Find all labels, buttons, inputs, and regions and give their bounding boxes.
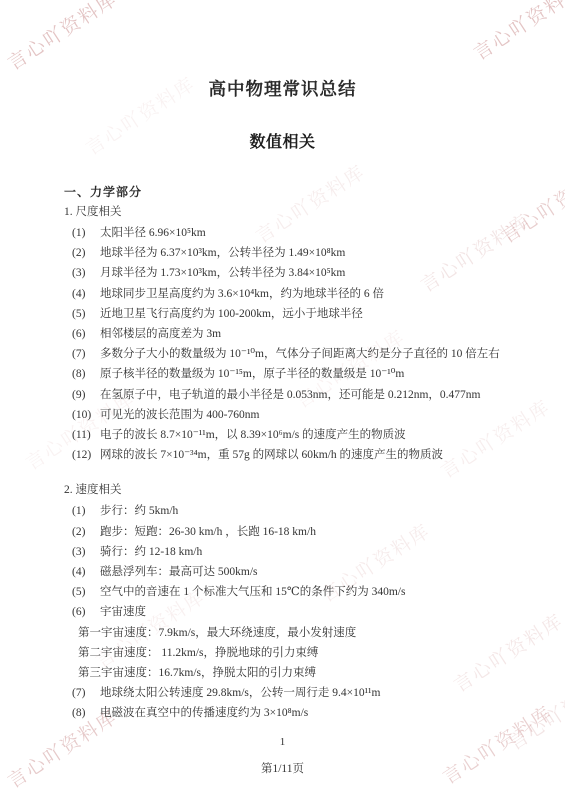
subsection-heading: 2. 速度相关 [64, 483, 507, 497]
item-list: (1)太阳半径 6.96×10⁵km(2)地球半径为 6.37×10³km，公转… [64, 223, 507, 465]
item-number: (8) [64, 703, 100, 723]
page-footer-label: 第1/11页 [0, 762, 565, 776]
item-number: (7) [64, 683, 100, 703]
item-list: (1)步行：约 5km/h(2)跑步：短跑：26-30 km/h ，长跑 16-… [64, 501, 507, 723]
item-text: 步行：约 5km/h [100, 501, 507, 521]
list-item: (12)网球的波长 7×10⁻³⁴m，重 57g 的网球以 60km/h 的速度… [64, 445, 507, 465]
item-number: (4) [64, 284, 100, 304]
item-number: (6) [64, 602, 100, 622]
list-item: (7)多数分子大小的数量级为 10⁻¹⁰m，气体分子间距离大约是分子直径的 10… [64, 344, 507, 364]
item-number: (2) [64, 522, 100, 542]
list-item: (8)原子核半径的数量级为 10⁻¹⁵m，原子半径的数量级是 10⁻¹⁰m [64, 364, 507, 384]
list-item: (5)近地卫星飞行高度约为 100-200km，远小于地球半径 [64, 304, 507, 324]
document-subtitle: 数值相关 [0, 134, 565, 152]
item-number: (4) [64, 562, 100, 582]
list-item: (9)在氢原子中，电子轨道的最小半径是 0.053nm，还可能是 0.212nm… [64, 385, 507, 405]
subsection: 2. 速度相关(1)步行：约 5km/h(2)跑步：短跑：26-30 km/h … [64, 465, 507, 723]
item-number: (1) [64, 223, 100, 243]
item-number: (6) [64, 324, 100, 344]
item-number: (5) [64, 304, 100, 324]
list-item: (2)地球半径为 6.37×10³km，公转半径为 1.49×10⁸km [64, 243, 507, 263]
item-text: 多数分子大小的数量级为 10⁻¹⁰m，气体分子间距离大约是分子直径的 10 倍左… [100, 344, 507, 364]
list-item: (6)宇宙速度 [64, 602, 507, 622]
item-number: (1) [64, 501, 100, 521]
item-text: 在氢原子中，电子轨道的最小半径是 0.053nm，还可能是 0.212nm，0.… [100, 385, 507, 405]
item-text: 跑步：短跑：26-30 km/h ，长跑 16-18 km/h [100, 522, 507, 542]
list-item: (3)月球半径为 1.73×10³km，公转半径为 3.84×10⁵km [64, 263, 507, 283]
item-number: (5) [64, 582, 100, 602]
item-number: (10) [64, 405, 100, 425]
item-text: 地球半径为 6.37×10³km，公转半径为 1.49×10⁸km [100, 243, 507, 263]
subsection-heading: 1. 尺度相关 [64, 205, 507, 219]
subsection: 1. 尺度相关(1)太阳半径 6.96×10⁵km(2)地球半径为 6.37×1… [64, 205, 507, 465]
list-item: (8)电磁波在真空中的传播速度约为 3×10⁸m/s [64, 703, 507, 723]
list-item: (7)地球绕太阳公转速度 29.8km/s，公转一周行走 9.4×10¹¹m [64, 683, 507, 703]
item-number: (7) [64, 344, 100, 364]
list-item: 第二宇宙速度： 11.2km/s，挣脱地球的引力束缚 [64, 643, 507, 663]
item-text: 太阳半径 6.96×10⁵km [100, 223, 507, 243]
watermark-text: 言心吖资料库 [2, 0, 122, 76]
item-text: 空气中的音速在 1 个标准大气压和 15℃的条件下约为 340m/s [100, 582, 507, 602]
list-item: (10)可见光的波长范围为 400-760nm [64, 405, 507, 425]
item-text: 宇宙速度 [100, 602, 507, 622]
document-page: 言心吖资料库言心吖资料库言心吖资料库言心吖资料库言心吖资料库言心吖资料库言心吖资… [0, 0, 565, 800]
list-item: (1)太阳半径 6.96×10⁵km [64, 223, 507, 243]
item-text: 电子的波长 8.7×10⁻¹¹m，以 8.39×10⁶m/s 的速度产生的物质波 [100, 425, 507, 445]
item-number: (8) [64, 364, 100, 384]
item-text: 相邻楼层的高度差为 3m [100, 324, 507, 344]
item-text: 地球绕太阳公转速度 29.8km/s，公转一周行走 9.4×10¹¹m [100, 683, 507, 703]
document-content: 高中物理常识总结 数值相关 一、力学部分1. 尺度相关(1)太阳半径 6.96×… [0, 78, 565, 724]
section-heading: 一、力学部分 [64, 185, 507, 199]
item-number: (2) [64, 243, 100, 263]
item-number: (12) [64, 445, 100, 465]
list-item: (6)相邻楼层的高度差为 3m [64, 324, 507, 344]
list-item: (4)磁悬浮列车：最高可达 500km/s [64, 562, 507, 582]
list-item: 第三宇宙速度：16.7km/s，挣脱太阳的引力束缚 [64, 663, 507, 683]
list-item: (5)空气中的音速在 1 个标准大气压和 15℃的条件下约为 340m/s [64, 582, 507, 602]
item-text: 原子核半径的数量级为 10⁻¹⁵m，原子半径的数量级是 10⁻¹⁰m [100, 364, 507, 384]
item-text: 第一宇宙速度：7.9km/s，最大环绕速度，最小发射速度 [64, 623, 507, 643]
item-text: 骑行：约 12-18 km/h [100, 542, 507, 562]
item-number: (11) [64, 425, 100, 445]
item-text: 月球半径为 1.73×10³km，公转半径为 3.84×10⁵km [100, 263, 507, 283]
document-body: 一、力学部分1. 尺度相关(1)太阳半径 6.96×10⁵km(2)地球半径为 … [64, 185, 507, 724]
list-item: (4)地球同步卫星高度约为 3.6×10⁴km，约为地球半径的 6 倍 [64, 284, 507, 304]
list-item: (11)电子的波长 8.7×10⁻¹¹m，以 8.39×10⁶m/s 的速度产生… [64, 425, 507, 445]
item-text: 网球的波长 7×10⁻³⁴m，重 57g 的网球以 60km/h 的速度产生的物… [100, 445, 507, 465]
list-item: (3)骑行：约 12-18 km/h [64, 542, 507, 562]
item-text: 第三宇宙速度：16.7km/s，挣脱太阳的引力束缚 [64, 663, 507, 683]
item-number: (3) [64, 263, 100, 283]
item-number: (9) [64, 385, 100, 405]
document-title: 高中物理常识总结 [0, 78, 565, 100]
item-number: (3) [64, 542, 100, 562]
list-item: 第一宇宙速度：7.9km/s，最大环绕速度，最小发射速度 [64, 623, 507, 643]
item-text: 地球同步卫星高度约为 3.6×10⁴km，约为地球半径的 6 倍 [100, 284, 507, 304]
list-item: (1)步行：约 5km/h [64, 501, 507, 521]
watermark-text: 言心吖资料库 [468, 0, 565, 66]
item-text: 近地卫星飞行高度约为 100-200km，远小于地球半径 [100, 304, 507, 324]
item-text: 可见光的波长范围为 400-760nm [100, 405, 507, 425]
item-text: 第二宇宙速度： 11.2km/s，挣脱地球的引力束缚 [64, 643, 507, 663]
page-number: 1 [0, 736, 565, 749]
item-text: 电磁波在真空中的传播速度约为 3×10⁸m/s [100, 703, 507, 723]
list-item: (2)跑步：短跑：26-30 km/h ，长跑 16-18 km/h [64, 522, 507, 542]
item-text: 磁悬浮列车：最高可达 500km/s [100, 562, 507, 582]
